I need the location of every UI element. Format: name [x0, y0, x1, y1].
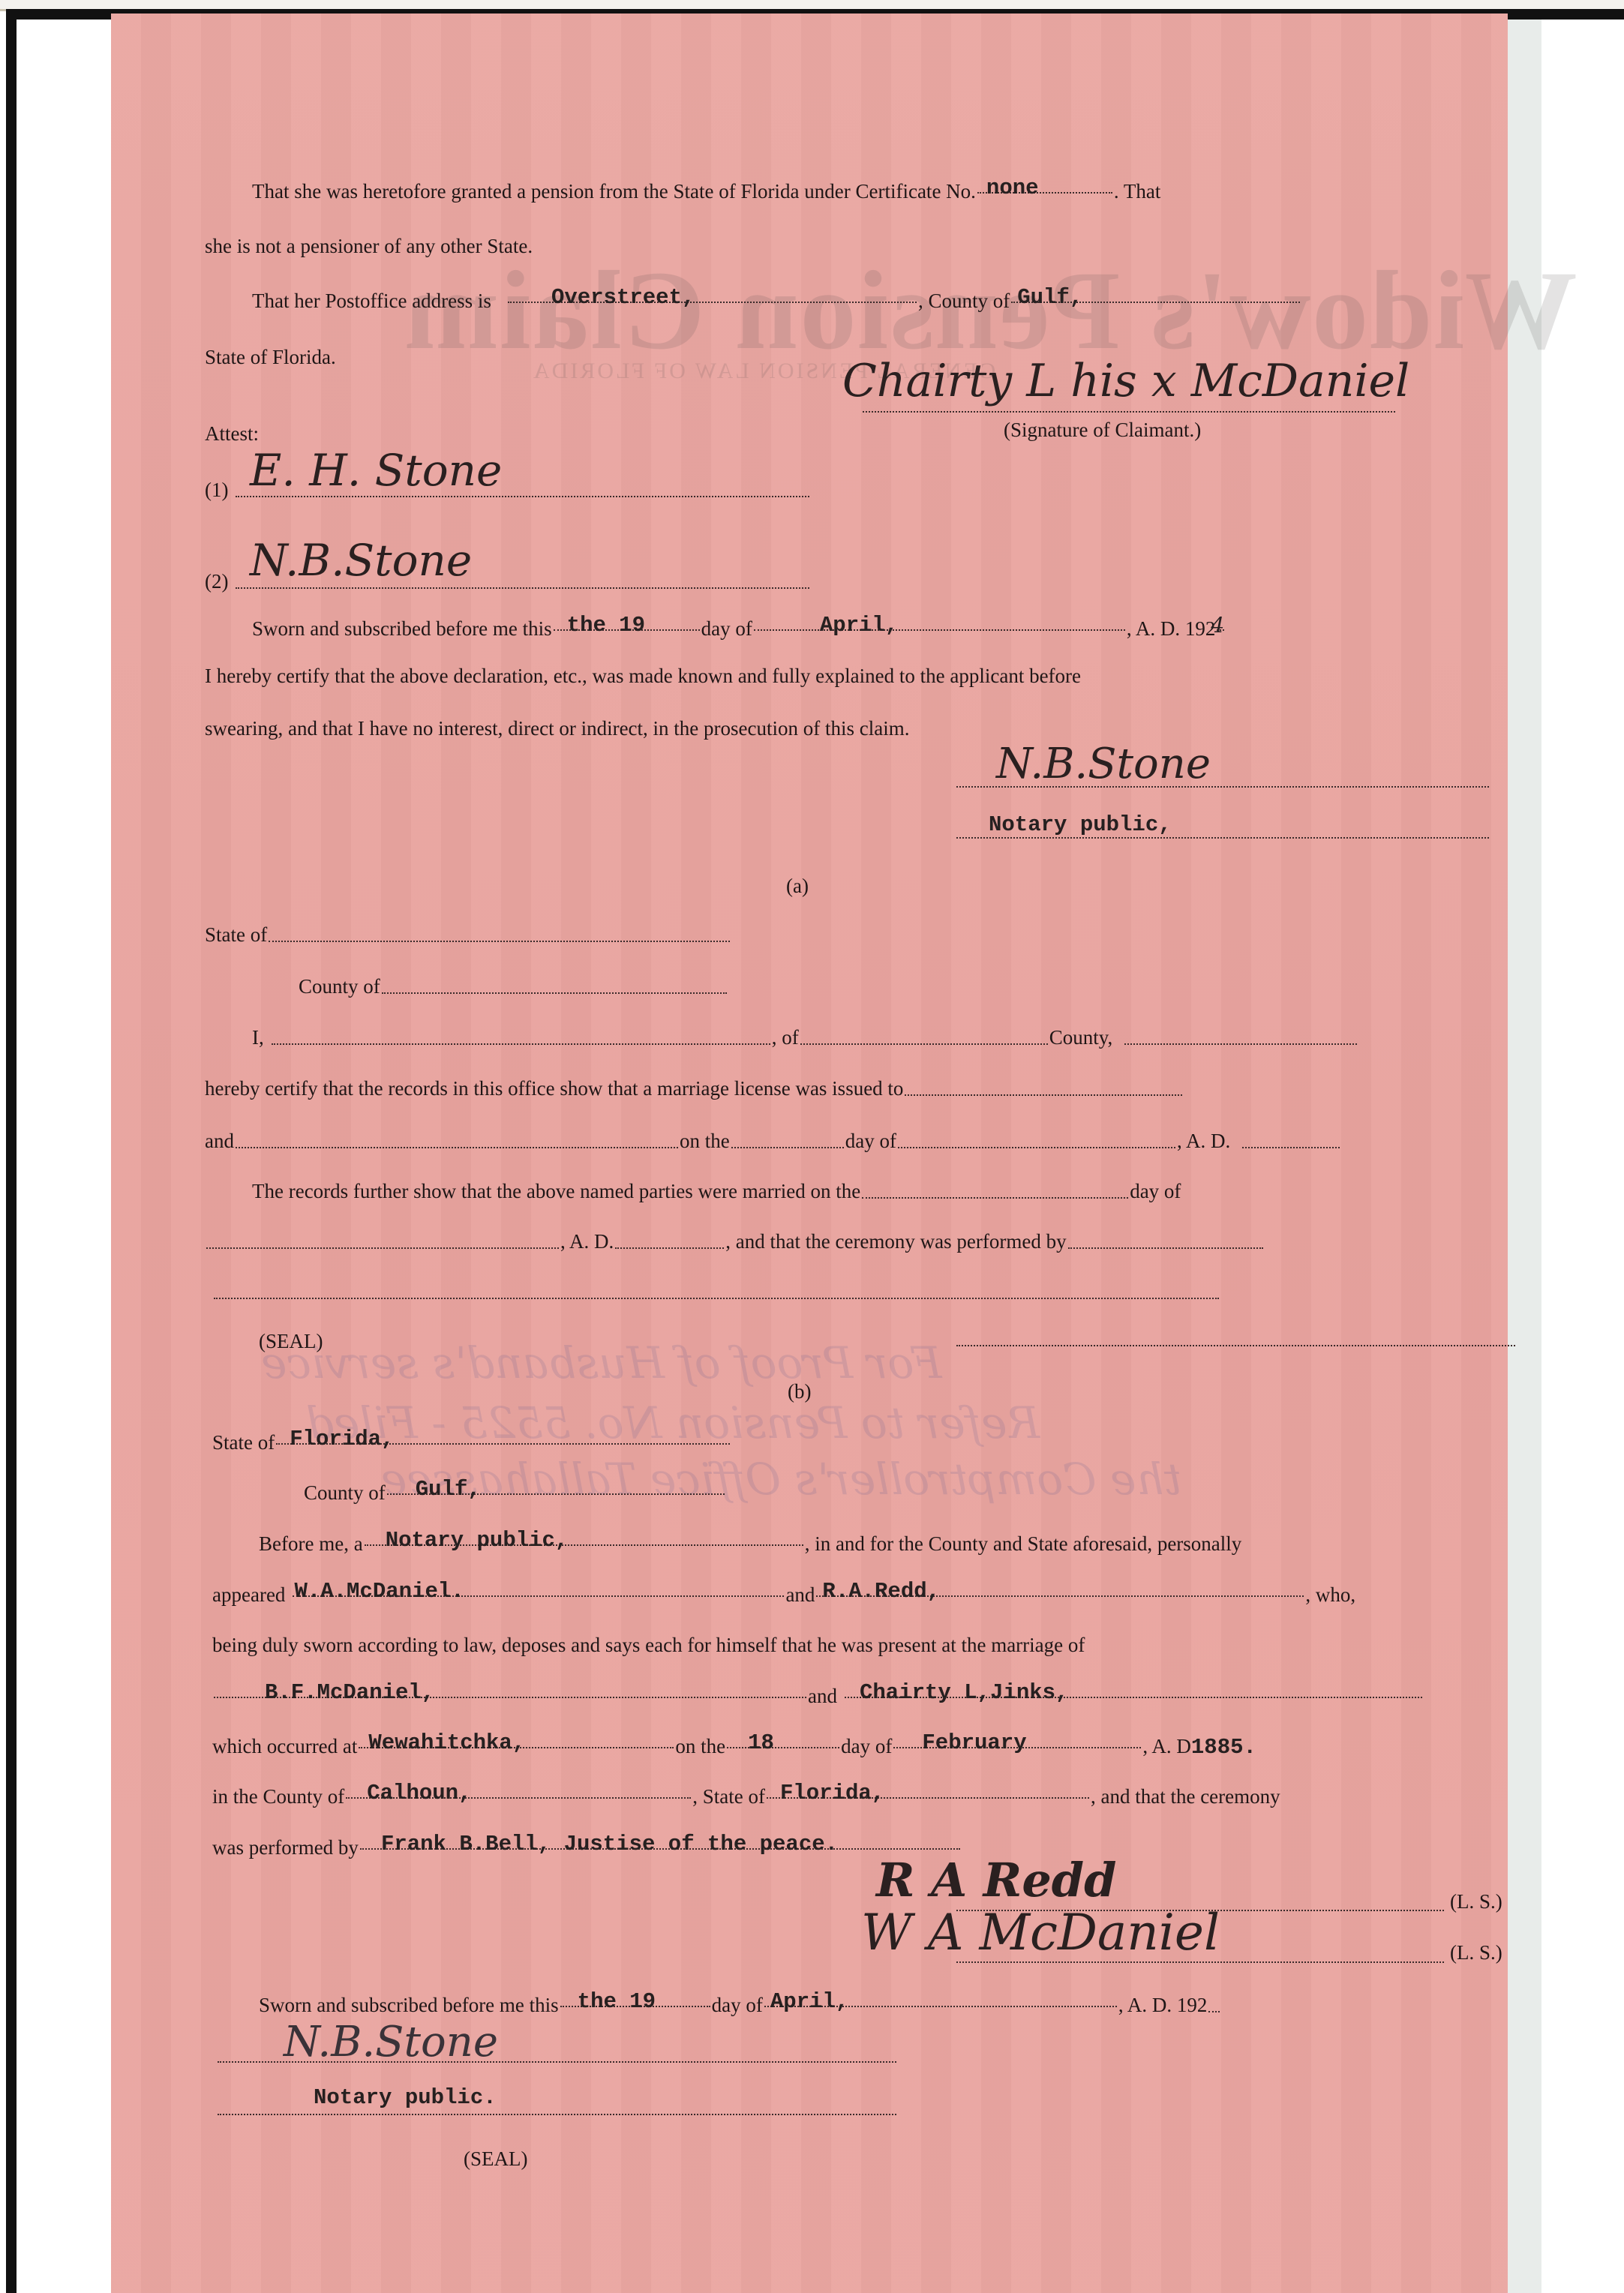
scan-border-left [6, 9, 17, 2293]
state-of-label: , State of [692, 1785, 765, 1808]
notary-1-signature-line [956, 786, 1489, 788]
officer-field[interactable]: Notary public, [363, 1532, 805, 1556]
married-year-field[interactable] [615, 1247, 724, 1249]
section-a-state-field[interactable] [269, 941, 730, 942]
marriage-state-field[interactable]: Florida, [765, 1785, 1091, 1808]
ceremony-label: , and that the ceremony [1091, 1785, 1280, 1808]
married-month-field[interactable] [206, 1247, 559, 1249]
affiant-1-signature-line [956, 1961, 1444, 1963]
pensioner-line: she is not a pensioner of any other Stat… [205, 235, 533, 258]
ceremony-label: , and that the ceremony was performed by [725, 1230, 1066, 1253]
ad-label: , A. D. [1177, 1130, 1230, 1153]
before-me-label: Before me, a [259, 1532, 363, 1556]
certify-line-1: I hereby certify that the above declarat… [205, 665, 1081, 688]
jurat-1-year-field[interactable]: 4 [1215, 617, 1226, 641]
witness-1-number: (1) [205, 479, 228, 502]
notary-2-title-line [218, 2114, 896, 2115]
license-certify-text: hereby certify that the records in this … [205, 1077, 903, 1100]
records-row: The records further show that the above … [252, 1180, 1181, 1203]
section-b-county-row: County of Gulf, [304, 1481, 726, 1505]
notary-1-title-line [956, 837, 1489, 839]
marriage-parties-row: B.F.McDaniel, and Chairty L,Jinks, [212, 1685, 1424, 1708]
ad-label: , A. D. 192 [1127, 617, 1216, 641]
section-b-state-field[interactable]: Florida, [275, 1431, 731, 1454]
day-of-label: day of [841, 1735, 892, 1758]
day-of-label: day of [701, 617, 752, 641]
on-the-label: on the [680, 1130, 730, 1153]
postoffice-field[interactable]: Overstreet, [506, 290, 918, 313]
certificate-line-end: . That [1114, 180, 1161, 203]
license-row: hereby certify that the records in this … [205, 1077, 1184, 1100]
section-a-marker: (a) [786, 875, 809, 898]
place-field[interactable]: Wewahitchka, [357, 1735, 675, 1758]
occurred-label: which occurred at [212, 1735, 357, 1758]
clerk-name-field[interactable] [272, 1043, 770, 1045]
section-b-marker: (b) [788, 1380, 811, 1403]
postoffice-label: That her Postoffice address is [252, 290, 491, 313]
ceremony-continuation-field[interactable] [214, 1298, 1219, 1299]
on-the-label: on the [675, 1735, 725, 1758]
marriage-year[interactable]: 1885. [1191, 1735, 1256, 1760]
ceremony-by-field[interactable] [1068, 1247, 1263, 1249]
jurat-1-line: Sworn and subscribed before me this the … [252, 617, 1226, 641]
notary-2-signature: N.B.Stone [284, 2018, 498, 2066]
married-day-field[interactable] [862, 1197, 1128, 1199]
jurat-2-seal: (SEAL) [464, 2147, 527, 2171]
affiant-2-field[interactable]: R.A.Redd, [815, 1583, 1305, 1607]
county-label: , County of [918, 290, 1010, 313]
ls-label-2: (L. S.) [1450, 1941, 1502, 1964]
section-b-state-label: State of [212, 1431, 275, 1454]
notary-2-signature-line [218, 2061, 896, 2063]
state-line: State of Florida. [205, 346, 336, 369]
section-b-county-field[interactable]: Gulf, [386, 1481, 726, 1505]
performed-by-row: was performed by Frank B.Bell, Justise o… [212, 1836, 962, 1859]
license-and-field[interactable] [236, 1147, 678, 1148]
license-month-field[interactable] [898, 1147, 1175, 1148]
occurred-row: which occurred at Wewahitchka, on the 18… [212, 1735, 1256, 1760]
clerk-county-field[interactable] [800, 1043, 1048, 1045]
before-me-row: Before me, a Notary public, , in and for… [259, 1532, 1241, 1556]
license-year-field[interactable] [1242, 1147, 1340, 1148]
certificate-label: That she was heretofore granted a pensio… [252, 180, 976, 203]
county-suffix: County, [1049, 1026, 1113, 1049]
performed-by-label: was performed by [212, 1836, 359, 1859]
who-label: , who, [1305, 1583, 1355, 1607]
section-a-state-label: State of [205, 923, 267, 947]
appeared-row: appeared W.A.McDaniel. and R.A.Redd, , w… [212, 1583, 1355, 1607]
jurat-2-year-field[interactable] [1208, 2011, 1220, 2012]
and-label-2: and [808, 1685, 837, 1708]
ad-label-2: , A. D. 192 [1118, 1994, 1208, 2017]
and-label: and [785, 1583, 815, 1607]
marriage-month-field[interactable]: February [892, 1735, 1142, 1758]
certificate-no-field[interactable]: none [976, 180, 1114, 203]
section-a-state-row: State of [205, 923, 731, 947]
notary-2-title: Notary public. [314, 2085, 497, 2110]
jurat-2-day-field[interactable]: the 19 [559, 1994, 712, 2017]
witness-1-signature: E. H. Stone [250, 445, 502, 496]
license-and-row: and on the day of , A. D. [205, 1130, 1341, 1153]
jurat-1-day-field[interactable]: the 19 [552, 617, 701, 641]
ls-label-1: (L. S.) [1450, 1890, 1502, 1913]
i-label: I, [252, 1026, 264, 1049]
ad-label: , A. D [1142, 1735, 1191, 1758]
witness-1-line [236, 496, 809, 497]
jurat-1-month-field[interactable]: April, [752, 617, 1127, 641]
affiant-1-field[interactable]: W.A.McDaniel. [285, 1583, 785, 1607]
claimant-signature: Chairty L his x McDaniel [842, 355, 1409, 407]
and-label: and [205, 1130, 234, 1153]
license-day-field[interactable] [731, 1147, 844, 1148]
witness-2-number: (2) [205, 570, 228, 593]
marriage-county-field[interactable]: Calhoun, [344, 1785, 692, 1808]
of-label: , of [772, 1026, 799, 1049]
affiant-1-signature: W A McDaniel [861, 1904, 1220, 1961]
in-county-label: in the County of [212, 1785, 344, 1808]
clerk-extra-field[interactable] [1124, 1043, 1357, 1045]
certify-line-2: swearing, and that I have no interest, d… [205, 717, 909, 740]
jurat-2-line: Sworn and subscribed before me this the … [259, 1994, 1221, 2017]
sworn-label-2: Sworn and subscribed before me this [259, 1994, 559, 2017]
aforesaid-label: , in and for the County and State afores… [805, 1532, 1242, 1556]
jurat-2-month-field[interactable]: April, [763, 1994, 1118, 2017]
witness-2-signature: N.B.Stone [250, 535, 472, 586]
postoffice-line: That her Postoffice address is Overstree… [252, 290, 1301, 313]
certificate-line: That she was heretofore granted a pensio… [252, 180, 1160, 203]
records-text: The records further show that the above … [252, 1180, 860, 1203]
ad-label-2: , A. D. [560, 1230, 614, 1253]
section-b-state-row: State of Florida, [212, 1431, 731, 1454]
witness-2-line [236, 587, 809, 589]
day-of-label: day of [845, 1130, 896, 1153]
ghost-handwriting-1: For Proof of Husband's service [261, 1337, 941, 1388]
section-a-county-label: County of [299, 975, 380, 998]
section-a-clerk-row: I, , of County, [252, 1026, 1358, 1049]
sworn-label: Sworn and subscribed before me this [252, 617, 552, 641]
affiant-2-signature: R A Redd [876, 1853, 1116, 1907]
deposes-line: being duly sworn according to law, depos… [212, 1634, 1085, 1657]
section-a-seal: (SEAL) [259, 1330, 323, 1353]
notary-1-signature: N.B.Stone [996, 740, 1211, 788]
county-field[interactable]: Gulf, [1010, 290, 1301, 313]
section-a-county-row: County of [299, 975, 728, 998]
day-of-label-2: day of [712, 1994, 763, 2017]
claimant-caption: (Signature of Claimant.) [1004, 419, 1201, 442]
section-b-county-label: County of [304, 1481, 386, 1505]
marriage-location-row: in the County of Calhoun, , State of Flo… [212, 1785, 1280, 1808]
attest-label: Attest: [205, 422, 259, 446]
day-of-end-label: day of [1130, 1180, 1181, 1203]
appeared-label: appeared [212, 1583, 285, 1607]
marriage-day-field[interactable]: 18 [725, 1735, 841, 1758]
notary-1-title: Notary public, [989, 812, 1172, 837]
section-a-county-field[interactable] [382, 992, 727, 994]
ceremony-row: , A. D. , and that the ceremony was perf… [205, 1230, 1265, 1253]
license-issued-to-field[interactable] [905, 1094, 1182, 1096]
claimant-signature-line [863, 411, 1395, 413]
bride-field[interactable]: Chairty L,Jinks, [837, 1685, 1424, 1708]
officiant-field[interactable]: Frank B.Bell, Justise of the peace. [359, 1836, 962, 1859]
groom-field[interactable]: B.F.McDaniel, [212, 1685, 808, 1708]
clerk-signature-line[interactable] [956, 1345, 1515, 1346]
pension-form-sheet: Widow's Pension Claim GENERAL PENSION LA… [111, 14, 1508, 2293]
